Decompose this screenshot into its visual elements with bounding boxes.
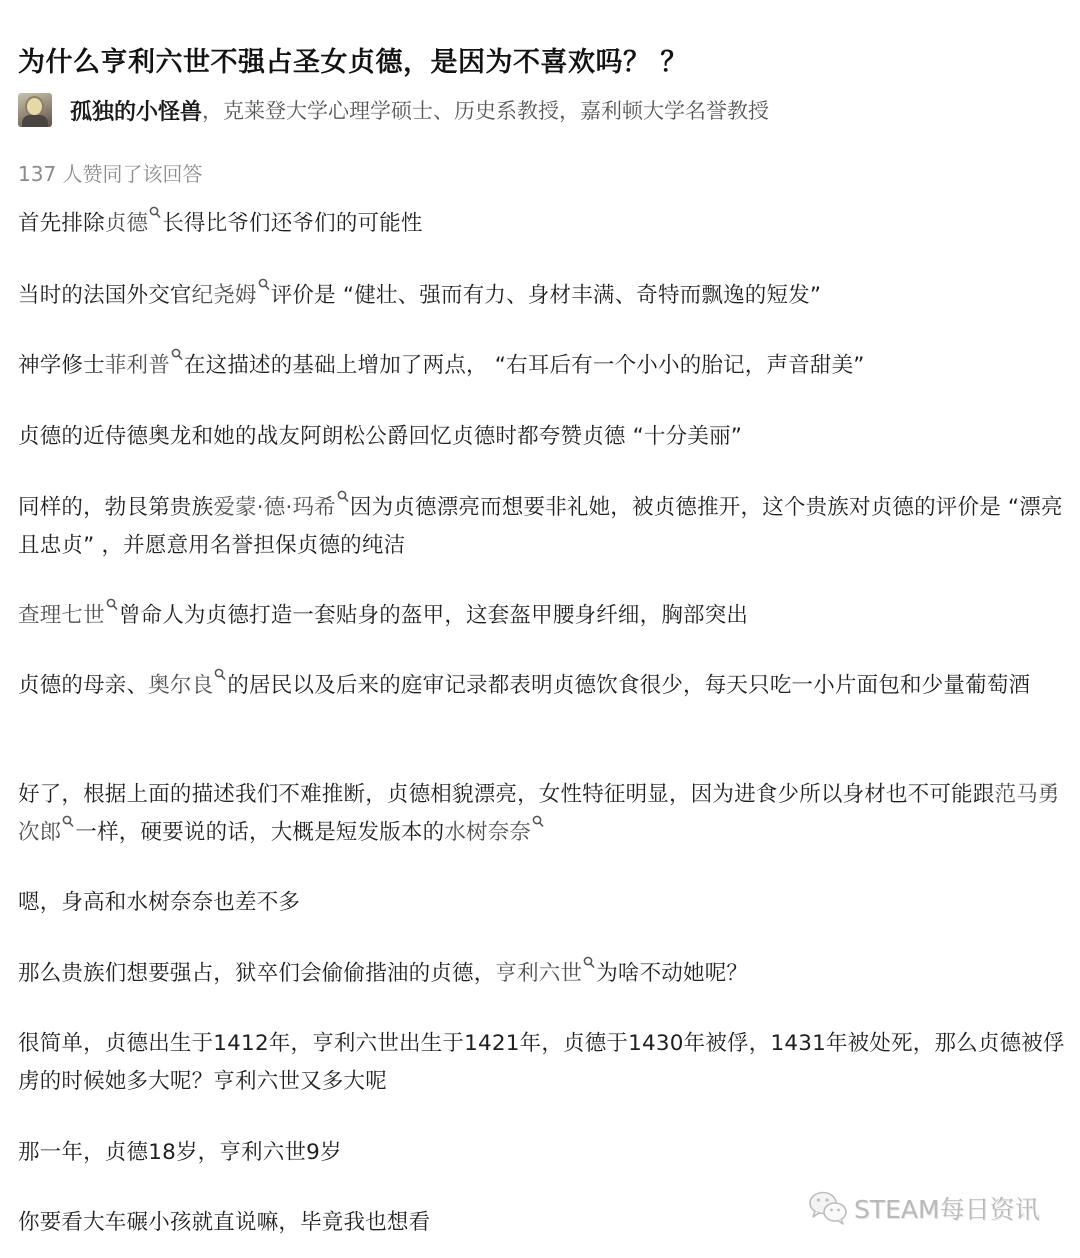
search-link[interactable]: 爱蒙·德·玛希	[213, 495, 336, 520]
paragraph-text: 当时的法国外交官	[18, 283, 192, 308]
answer-paragraph: 很简单，贞德出生于1412年，亨利六世出生于1421年，贞德于1430年被俘，1…	[18, 1025, 1068, 1101]
search-link[interactable]: 菲利普	[105, 353, 170, 378]
paragraph-text: 首先排除	[18, 211, 105, 236]
paragraph-text: 在这描述的基础上增加了两点， “右耳后有一个小小的胎记，声音甜美”	[184, 353, 865, 378]
search-link[interactable]: 亨利六世	[495, 961, 582, 986]
answer-paragraph: 神学修士菲利普在这描述的基础上增加了两点， “右耳后有一个小小的胎记，声音甜美”	[18, 347, 1068, 385]
answer-paragraph: 那一年，贞德18岁，亨利六世9岁	[18, 1134, 1068, 1172]
answer-page: 为什么亨利六世不强占圣女贞德，是因为不喜欢吗？ ？ 孤独的小怪兽 ，克莱登大学心…	[0, 0, 1080, 1258]
paragraph-text: 你要看大车碾小孩就直说嘛，毕竟我也想看	[18, 1210, 430, 1235]
watermark-text: STEAM每日资讯	[854, 1190, 1040, 1226]
paragraph-text: 嗯，身高和水树奈奈也差不多	[18, 890, 300, 915]
answer-paragraph: 那么贵族们想要强占，狱卒们会偷偷揩油的贞德，亨利六世为啥不动她呢？	[18, 955, 1068, 993]
paragraph-text: 长得比爷们还爷们的可能性	[162, 211, 422, 236]
search-link[interactable]: 奥尔良	[148, 673, 213, 698]
question-title[interactable]: 为什么亨利六世不强占圣女贞德，是因为不喜欢吗？ ？	[18, 40, 688, 79]
paragraph-text: 很简单，贞德出生于1412年，亨利六世出生于1421年，贞德于1430年被俘，1…	[18, 1031, 1065, 1094]
search-link[interactable]: 水树奈奈	[444, 820, 531, 845]
answer-paragraph: 嗯，身高和水树奈奈也差不多	[18, 884, 1068, 922]
paragraph-text: 为啥不动她呢？	[596, 961, 748, 986]
answer-paragraph: 同样的，勃艮第贵族爱蒙·德·玛希因为贞德漂亮而想要非礼她，被贞德推开，这个贵族对…	[18, 489, 1068, 565]
answer-paragraph: 当时的法国外交官纪尧姆评价是 “健壮、强而有力、身材丰满、奇特而飘逸的短发”	[18, 277, 1068, 315]
wechat-icon	[808, 1190, 848, 1226]
paragraph-text: 曾命人为贞德打造一套贴身的盔甲，这套盔甲腰身纤细，胸部突出	[119, 603, 748, 628]
search-icon[interactable]	[171, 348, 183, 362]
search-link[interactable]: 查理七世	[18, 603, 105, 628]
avatar-body-shape	[22, 115, 48, 127]
search-icon[interactable]	[532, 815, 544, 829]
paragraph-text: 那么贵族们想要强占，狱卒们会偷偷揩油的贞德，	[18, 961, 495, 986]
paragraph-text: 贞德的母亲、	[18, 673, 148, 698]
paragraph-text: 评价是 “健壮、强而有力、身材丰满、奇特而飘逸的短发”	[271, 283, 822, 308]
author-name[interactable]: 孤独的小怪兽	[70, 95, 202, 126]
search-link[interactable]: 贞德	[105, 211, 148, 236]
avatar[interactable]	[18, 93, 52, 127]
search-icon[interactable]	[258, 278, 270, 292]
search-link[interactable]: 纪尧姆	[192, 283, 257, 308]
search-icon[interactable]	[337, 490, 349, 504]
answer-paragraph: 贞德的近侍德奥龙和她的战友阿朗松公爵回忆贞德时都夸赞贞德 “十分美丽”	[18, 418, 1068, 456]
avatar-head-shape	[27, 98, 42, 115]
watermark: STEAM每日资讯	[808, 1190, 1040, 1226]
answer-paragraph: 贞德的母亲、奥尔良的居民以及后来的庭审记录都表明贞德饮食很少，每天只吃一小片面包…	[18, 667, 1068, 705]
paragraph-text: 贞德的近侍德奥龙和她的战友阿朗松公爵回忆贞德时都夸赞贞德 “十分美丽”	[18, 424, 742, 449]
vote-count: 137 人赞同了该回答	[18, 158, 203, 187]
paragraph-text: 神学修士	[18, 353, 105, 378]
paragraph-text: 好了，根据上面的描述我们不难推断，贞德相貌漂亮，女性特征明显，因为进食少所以身材…	[18, 782, 995, 807]
answer-paragraph: 首先排除贞德长得比爷们还爷们的可能性	[18, 205, 1068, 243]
paragraph-text: 一样，硬要说的话，大概是短发版本的	[75, 820, 444, 845]
search-icon[interactable]	[62, 815, 74, 829]
author-bio: ，克莱登大学心理学硕士、历史系教授，嘉利顿大学名誉教授	[202, 95, 769, 125]
paragraph-text: 同样的，勃艮第贵族	[18, 495, 213, 520]
search-icon[interactable]	[106, 598, 118, 612]
search-icon[interactable]	[149, 206, 161, 220]
paragraph-text: 那一年，贞德18岁，亨利六世9岁	[18, 1140, 342, 1165]
paragraph-text: 的居民以及后来的庭审记录都表明贞德饮食很少，每天只吃一小片面包和少量葡萄酒	[227, 673, 1030, 698]
author-row: 孤独的小怪兽 ，克莱登大学心理学硕士、历史系教授，嘉利顿大学名誉教授	[18, 92, 769, 128]
answer-paragraph: 查理七世曾命人为贞德打造一套贴身的盔甲，这套盔甲腰身纤细，胸部突出	[18, 597, 1068, 635]
answer-paragraph: 好了，根据上面的描述我们不难推断，贞德相貌漂亮，女性特征明显，因为进食少所以身材…	[18, 776, 1068, 852]
search-icon[interactable]	[583, 956, 595, 970]
search-icon[interactable]	[214, 668, 226, 682]
